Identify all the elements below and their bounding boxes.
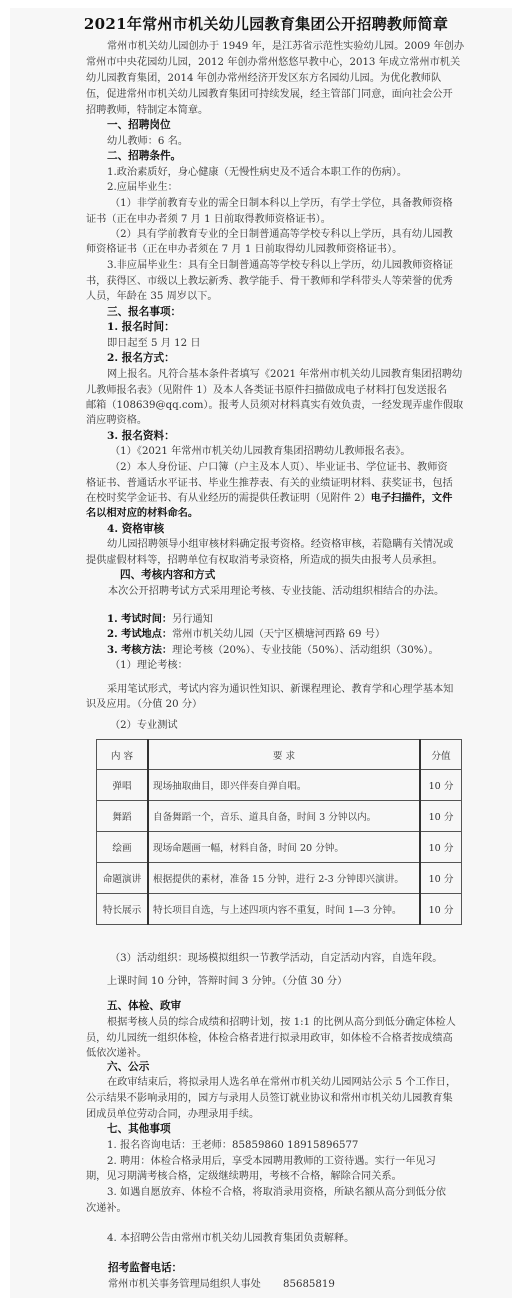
table-row: 弹唱 现场抽取曲目，即兴伴奏自弹自唱。 10 分 [97,770,462,801]
materials-line: （2）本人身份证、户口簿（户主及本人页）、毕业证书、学位证书、教师资 [110,461,448,474]
condition-line: 人员，年龄在 35 周岁以下。 [86,290,218,303]
exam-time-label: 1. 考试时间： [107,613,172,625]
table-header-row: 内 容 要 求 分值 [97,740,462,770]
exam-time-value: 另行通知 [172,614,213,625]
condition-line: 师资格证书（正在申办者须在 7 月 1 日前取得幼儿园教师资格证书）。 [86,243,402,256]
table-cell-item: 绘画 [97,832,149,863]
method-line: 邮箱（108639@qq.com）。报考人员须对材料真实有效负责，一经发现弄虚作… [86,399,463,412]
materials-line-text: 在校时奖学金证书、有从业经历的需提供任教证明（见附件 2） [86,493,371,504]
exam-location: 2. 考试地点：常州市机关幼儿园（天宁区横塘河西路 69 号） [107,628,385,641]
supervision-org: 常州市机关事务管理局组织人事处 [108,1278,261,1291]
exam-location-value: 常州市机关幼儿园（天宁区横塘河西路 69 号） [172,629,385,640]
table-header-cell: 内 容 [97,740,149,770]
other-line: 1. 报名咨询电话：王老师：85859860 18915896577 [107,1139,358,1152]
section-heading-registration: 三、报名事项： [107,306,181,319]
materials-line: 在校时奖学金证书、有从业经历的需提供任教证明（见附件 2）电子扫描件，文件 [86,492,452,505]
section-heading-publicity: 六、公示 [107,1061,149,1074]
exam-method-value: 理论考核（20%）、专业技能（50%）、活动组织（30%）。 [172,645,439,656]
table-cell-item: 命题演讲 [97,863,149,894]
table-cell-item: 舞蹈 [97,801,149,832]
publicity-line: 团成员单位劳动合同，办理录用手续。 [86,1108,259,1121]
section-heading-positions: 一、招聘岗位 [107,119,171,132]
publicity-line: 公示结果不影响录用的，园方与录用人员签订就业协议和常州市机关幼儿园教育集 [86,1092,453,1105]
exam-time: 1. 考试时间：另行通知 [107,613,213,626]
table-cell-score: 10 分 [420,894,462,925]
table-cell-item: 特长展示 [97,894,149,925]
intro-line: 常州市机关幼儿园创办于 1949 年，是江苏省示范性实验幼儿园。2009 年创办 [107,40,464,53]
supervision-phone: 85685819 [283,1278,335,1291]
condition-line: 证书（正在申办者须 7 月 1 日前取得教师资格证书）。 [86,213,331,226]
activity-line: 上课时间 10 分钟，答辩时间 3 分钟。（分值 30 分） [107,975,347,988]
physical-exam-line: 员，幼儿园统一组织体检，体检合格者进行拟录用政审，如体检不合格者按成绩高 [86,1032,453,1045]
other-line: 次递补。 [86,1202,127,1215]
materials-line: 格证书、普通话水平证书、毕业生推荐表、有关的业绩证明材料、获奖证书，包括 [86,477,453,490]
intro-line: 伍，促进常州市机关幼儿园教育集团可持续发展，经主管部门同意，面向社会公开 [86,88,453,101]
condition-line: 2.应届毕业生： [107,181,178,194]
document-title: 2021年常州市机关幼儿园教育集团公开招聘教师简章 [0,13,532,34]
review-line: 提供虚假材料等，招聘单位有权取消考录资格，所造成的损失由报考人员承担。 [86,554,443,567]
table-row: 舞蹈 自备舞蹈一个，音乐、道具自备，时间 3 分钟以内。 10 分 [97,801,462,832]
section-heading-exam: 四、考核内容和方式 [120,569,215,582]
table-cell-requirement: 特长项目自选，与上述四项内容不重复，时间 1—3 分钟。 [148,894,420,925]
supervision-heading: 招考监督电话： [108,1262,182,1275]
exam-method-label: 3. 考核方法： [107,644,172,656]
condition-line: 书，获得区、市级以上教坛新秀、教学能手、骨干教师和学科带头人等荣誉的优秀 [86,275,453,288]
publicity-line: 在政审结束后，将拟录用人选名单在常州市机关幼儿园网站公示 5 个工作日， [107,1076,456,1089]
table-row: 命题演讲 根据提供的素材，准备 15 分钟，进行 2-3 分钟即兴演讲。 10 … [97,863,462,894]
table-row: 绘画 现场命题画一幅，材料自备，时间 20 分钟。 10 分 [97,832,462,863]
table-header-cell: 分值 [420,740,462,770]
materials-line: （1）《2021 年常州市机关幼儿园教育集团招聘幼儿教师报名表》。 [110,445,411,458]
table-cell-score: 10 分 [420,863,462,894]
method-line: 网上报名。凡符合基本条件者填写《2021 年常州市机关幼儿园教育集团招聘幼 [107,368,462,381]
materials-bold-note: 电子扫描件，文件 [371,492,453,504]
intro-line: 常州市中央花园幼儿园，2012 年创办常州悠悠早教中心，2013 年成立常州市机… [86,56,460,69]
other-line: 期，见习期满考核合格，定级继续聘用，考核不合格，解除合同关系。 [86,1170,402,1183]
other-line: 2. 聘用：体检合格录用后，享受本园聘用教师的工资待遇。实行一年见习 [107,1155,436,1168]
exam-method: 3. 考核方法：理论考核（20%）、专业技能（50%）、活动组织（30%）。 [107,644,439,657]
condition-line: （1）非学前教育专业的需全日制本科以上学历，有学士学位，具备教师资格 [110,197,453,210]
condition-line: 1.政治素质好，身心健康（无慢性病史及不适合本职工作的伤病）。 [107,166,407,179]
table-header-cell: 要 求 [148,740,420,770]
section-heading-conditions: 二、招聘条件。 [107,150,181,163]
table-row: 特长展示 特长项目自选，与上述四项内容不重复，时间 1—3 分钟。 10 分 [97,894,462,925]
materials-bold-note: 名以相对应的材料命名。 [86,507,198,520]
method-line: 儿教师报名表》（见附件 1）及本人各类证书原件扫描做成电子材料打包发送报名 [86,384,447,397]
physical-exam-line: 根据考核人员的综合成绩和招聘计划，按 1:1 的比例从高分到低分确定体检人 [107,1016,456,1029]
table-cell-item: 弹唱 [97,770,149,801]
table-cell-requirement: 现场命题画一幅，材料自备，时间 20 分钟。 [148,832,420,863]
condition-line: （2）具有学前教育专业的全日制普通高等学校专科以上学历，具有幼儿园教 [110,228,453,241]
table-cell-requirement: 自备舞蹈一个，音乐、道具自备，时间 3 分钟以内。 [148,801,420,832]
table-cell-score: 10 分 [420,801,462,832]
section-heading-other: 七、其他事项 [107,1123,171,1136]
intro-line: 幼儿园教育集团，2014 年创办常州经济开发区东方名园幼儿园。为优化教师队 [86,72,441,85]
theory-line: 识及应用。（分值 20 分） [86,698,202,711]
skill-test-heading: （2）专业测试 [110,719,178,732]
exam-intro: 本次公开招聘考试方式采用理论考核、专业技能、活动组织相结合的办法。 [108,585,444,598]
table-cell-score: 10 分 [420,832,462,863]
method-line: 消应聘资格。 [86,414,147,427]
theory-heading: （1）理论考核： [110,659,188,672]
section-heading-physical-exam: 五、体检、政审 [107,1000,181,1013]
other-line: 3. 如遇自愿放弃、体检不合格，将取消录用资格，所缺名额从高分到低分依 [107,1186,446,1199]
registration-method-heading: 2. 报名方式： [107,352,175,365]
physical-exam-line: 低依次递补。 [86,1047,147,1060]
registration-materials-heading: 3. 报名资料： [107,430,175,443]
review-line: 幼儿园招聘领导小组审核材料确定报考资格。经资格审核，若隐瞒有关情况或 [107,538,453,551]
qualification-review-heading: 4. 资格审核 [107,523,164,536]
table-cell-requirement: 现场抽取曲目，即兴伴奏自弹自唱。 [148,770,420,801]
intro-line: 招聘教师，特制定本简章。 [86,104,208,117]
condition-line: 3.非应届毕业生：具有全日制普通高等学校专科以上学历，幼儿园教师资格证 [107,259,453,272]
positions-text: 幼儿教师：6 名。 [107,135,188,148]
registration-time-text: 即日起至 5 月 12 日 [107,337,201,350]
exam-location-label: 2. 考试地点： [107,628,172,640]
registration-time-heading: 1. 报名时间： [107,321,175,334]
other-line: 4. 本招聘公告由常州市机关幼儿园教育集团负责解释。 [107,1232,354,1245]
table-cell-requirement: 根据提供的素材，准备 15 分钟，进行 2-3 分钟即兴演讲。 [148,863,420,894]
table-cell-score: 10 分 [420,770,462,801]
activity-line: （3）活动组织：现场模拟组织一节教学活动，自定活动内容，自选年段。 [110,952,442,965]
theory-line: 采用笔试形式，考试内容为通识性知识、新课程理论、教育学和心理学基本知 [107,683,453,696]
skill-test-table: 内 容 要 求 分值 弹唱 现场抽取曲目，即兴伴奏自弹自唱。 10 分 舞蹈 自… [96,739,462,925]
